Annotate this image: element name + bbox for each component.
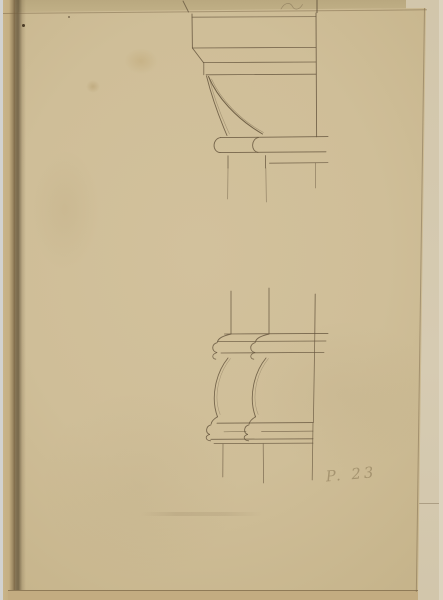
ink-stroke [207, 425, 211, 435]
ink-stroke [214, 138, 220, 153]
ink-stroke [225, 333, 329, 334]
ink-stroke [281, 3, 303, 9]
ink-stroke [262, 431, 314, 432]
ink-stroke [312, 423, 313, 480]
ink-stroke [209, 77, 263, 135]
ink-stroke [221, 137, 329, 138]
ink-stroke [192, 48, 203, 63]
ink-stroke [206, 434, 210, 440]
ink-stroke [218, 334, 232, 342]
cornice-capital-profile-drawing [192, 13, 328, 202]
ink-stroke [214, 443, 313, 444]
ink-stroke [204, 62, 317, 63]
scanned-album-page: P. 23 [0, 0, 443, 600]
ink-drawing-layer [0, 0, 443, 600]
base-molding-profile-drawing [206, 288, 328, 483]
ink-stroke [220, 152, 326, 153]
ink-stroke [221, 352, 324, 353]
ink-stroke [316, 13, 317, 137]
ink-stroke [217, 359, 231, 415]
pencil-smudge [140, 512, 262, 516]
ink-stroke [206, 74, 316, 75]
ink-stroke [214, 358, 228, 417]
ink-stroke [213, 343, 218, 353]
ink-stroke [192, 47, 316, 48]
ink-stroke [211, 439, 313, 440]
ink-stroke [244, 434, 248, 440]
dust-speck [68, 16, 70, 18]
ink-stroke [270, 163, 329, 164]
ink-stroke [213, 353, 217, 360]
ink-stroke [209, 78, 230, 135]
ink-stroke [183, 1, 189, 12]
ink-stroke [245, 425, 249, 435]
ink-stroke [253, 137, 259, 152]
ink-stroke [251, 353, 255, 360]
ink-stroke [192, 17, 316, 18]
molding-marks-behind-page [183, 0, 317, 13]
ink-stroke [251, 343, 256, 353]
dust-speck [22, 24, 25, 27]
ink-stroke [266, 168, 267, 202]
ink-stroke [207, 76, 228, 136]
ink-stroke [256, 334, 270, 342]
ink-stroke [252, 358, 266, 417]
ink-stroke [212, 79, 264, 133]
ink-stroke [218, 341, 327, 342]
ink-stroke [217, 423, 313, 424]
ink-stroke [211, 417, 217, 424]
ink-stroke [313, 334, 314, 423]
ink-stroke [255, 359, 269, 415]
